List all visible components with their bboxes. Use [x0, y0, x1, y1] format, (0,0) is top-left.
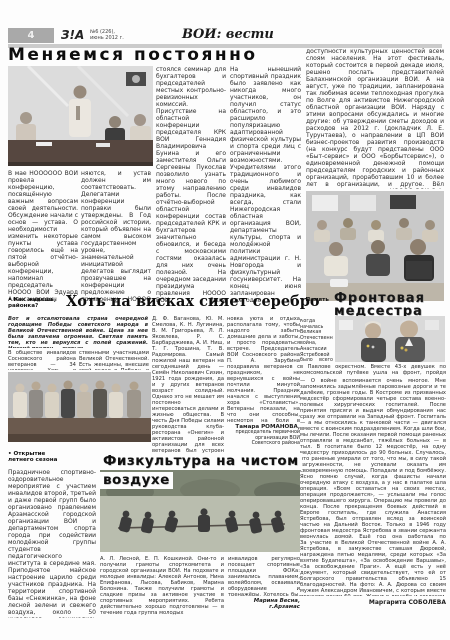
article2-signature: Тамара РОМАНОВА, председатель первичной …: [227, 424, 300, 447]
newspaper-page: 4 З!А №6 (226), июнь 2012 г. ВОИ: вести …: [0, 0, 450, 640]
article1-headline: Меняемся постоянно: [8, 47, 258, 64]
newspaper-logo: З!А: [61, 28, 84, 42]
article3-caption: в Павлове окрестном. Вместе 43-х девушек…: [300, 364, 446, 376]
article2-headline: Хоть на висках сияет серебро: [66, 294, 320, 310]
rubric-pamyat: • Память: [300, 297, 334, 303]
article1-column-1: В мае НОООООО ВОИ провела конференцию, п…: [8, 170, 78, 302]
photo-veterans-group-image: [8, 372, 151, 442]
photo-elderly-couple-image: [335, 316, 445, 362]
photo-veterans-group: [8, 372, 151, 442]
article2-lead: Вот и отсалютовала страна очередной годо…: [8, 316, 148, 348]
rubric-otkrytie-sezona: • Открытие летнего сезона: [8, 451, 78, 464]
rubric-kak-zhivesh-line2: районка?: [8, 303, 66, 309]
article2-column-a: В обществе инвалидов Сосновского района …: [8, 350, 76, 370]
article4-headline-line2: воздухе: [100, 472, 173, 489]
photo-elderly-couple: [335, 316, 445, 362]
article2-column-b: ственными участницами Великой Отечествен…: [79, 350, 149, 370]
article3-intro: Когда началась Великая Отечественная вой…: [300, 319, 333, 363]
page-number: 4: [8, 28, 54, 43]
article3-body: — О войне вспоминается очень многое. Мне…: [300, 378, 446, 538]
article4-column-b: А. Л. Лесной, Е. П. Кошкиной. Они-то и п…: [100, 556, 224, 616]
photo-conference-image: [8, 66, 153, 166]
article1-column-4: На нынешний спортивный праздник было зая…: [230, 66, 301, 302]
article2-signature-role: председатель первичной организации ВОИ С…: [227, 430, 300, 446]
article1-column-2: няются, и устав должен им соответствоват…: [81, 170, 151, 302]
article1-column-5: доступности культурных ценностей всем сл…: [306, 48, 444, 189]
article4-column-a: Праздничное спортивно-оздоровительное ме…: [8, 469, 96, 618]
rubric-otkrytie-line2: летнего сезона: [8, 457, 78, 463]
rubric-kak-zhivesh: • Как живешь, районка?: [8, 297, 66, 310]
article2-column-c: Д. Ф. Ваганова, Ю. М. Смелова, К. Н. Луг…: [152, 316, 224, 454]
article4-column-c: инвалидов регулярно посещает спортивные …: [228, 556, 300, 596]
photo-audience: [306, 191, 444, 301]
issue-date: июнь 2012 г.: [90, 36, 124, 42]
article1-column-3: стоялся семинар для бухгалтеров и предсе…: [156, 66, 226, 302]
article4-signature: Марина Весна, г.Арзамас: [228, 598, 300, 611]
article2-column-d: новка уюта и отдыха располагала тому, чт…: [227, 316, 300, 422]
photo-audience-image: [306, 191, 444, 301]
article3-body2: За участие в Великой Отечественной войне…: [300, 540, 446, 596]
photo-conference: [8, 66, 153, 166]
section-title: ВОИ: вести: [182, 27, 274, 42]
article3-signature: Маргарита СОБОЛЕВА: [340, 600, 446, 606]
issue-info: №6 (226), июнь 2012 г.: [90, 30, 124, 42]
article4-signature-city: г.Арзамас: [228, 604, 300, 610]
article4-headline-line1: Физкультура на чистом: [100, 453, 302, 470]
